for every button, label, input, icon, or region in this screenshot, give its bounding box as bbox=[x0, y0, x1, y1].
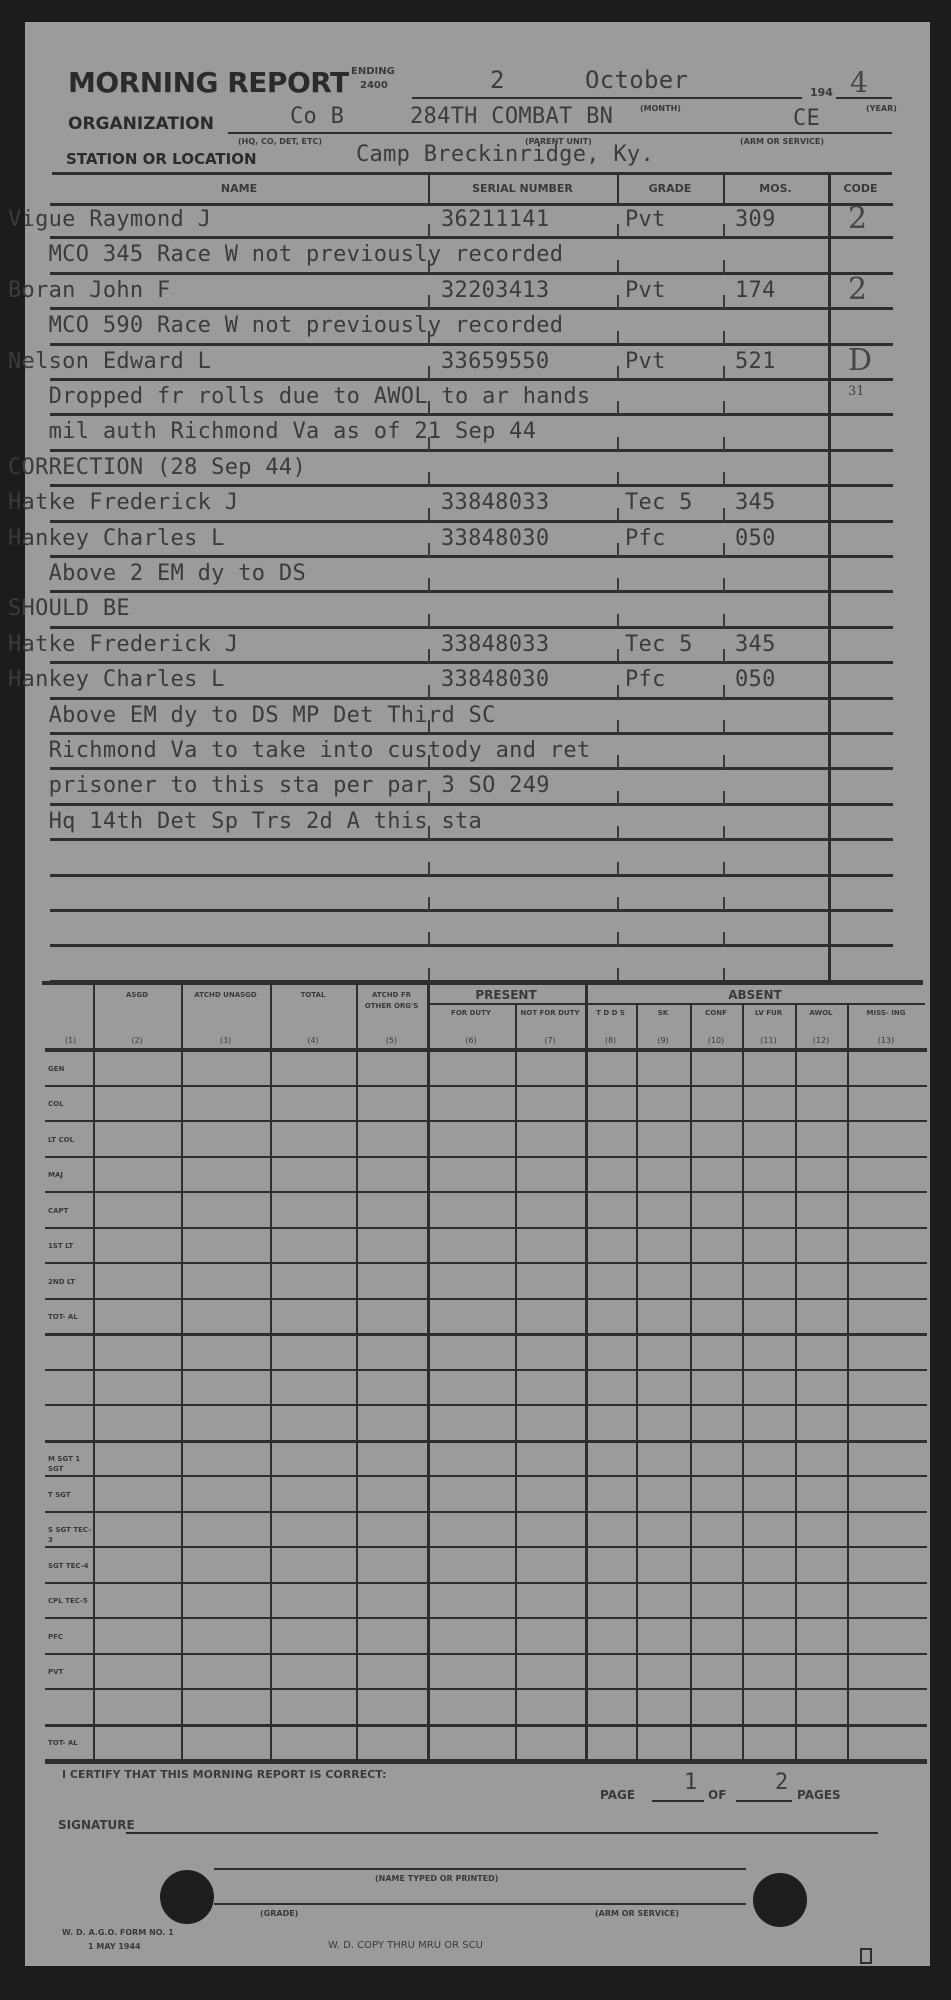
strength-cell[interactable] bbox=[272, 1655, 355, 1688]
cell-name: MCO 345 Race W not previously recorded bbox=[8, 242, 563, 267]
strength-cell[interactable] bbox=[638, 1477, 689, 1510]
strength-cell[interactable] bbox=[272, 1442, 355, 1475]
strength-cell[interactable] bbox=[638, 1371, 689, 1404]
column-number: (1) bbox=[48, 1036, 93, 1045]
strength-cell[interactable] bbox=[797, 1122, 846, 1155]
strength-cell[interactable] bbox=[744, 1264, 794, 1297]
strength-cell[interactable] bbox=[95, 1193, 180, 1226]
page-number: 1 bbox=[684, 1770, 698, 1795]
strength-cell[interactable] bbox=[183, 1406, 269, 1439]
arm-hint: (ARM OR SERVICE) bbox=[740, 137, 824, 146]
strength-cell[interactable] bbox=[744, 1300, 794, 1333]
strength-cell[interactable] bbox=[587, 1229, 635, 1262]
column-number: (6) bbox=[427, 1036, 515, 1045]
strength-cell[interactable] bbox=[692, 1264, 741, 1297]
column-label: MISS- ING bbox=[849, 1008, 923, 1019]
strength-cell[interactable] bbox=[272, 1264, 355, 1297]
strength-cell[interactable] bbox=[638, 1087, 689, 1120]
strength-cell[interactable] bbox=[638, 1300, 689, 1333]
strength-cell[interactable] bbox=[95, 1655, 180, 1688]
strength-cell[interactable] bbox=[692, 1726, 741, 1759]
strength-cell[interactable] bbox=[587, 1300, 635, 1333]
table-row: Hankey Charles L33848030Pfc050 bbox=[50, 522, 893, 557]
strength-cell[interactable] bbox=[429, 1655, 514, 1688]
strength-cell[interactable] bbox=[272, 1158, 355, 1191]
strength-bottom-line bbox=[45, 1760, 927, 1764]
strength-cell[interactable] bbox=[358, 1193, 426, 1226]
strength-cell[interactable] bbox=[429, 1087, 514, 1120]
strength-cell[interactable] bbox=[797, 1229, 846, 1262]
strength-cell[interactable] bbox=[517, 1229, 584, 1262]
cell-serial: 33848033 bbox=[441, 490, 549, 515]
station-label: STATION OR LOCATION bbox=[66, 150, 257, 168]
strength-cell[interactable] bbox=[797, 1513, 846, 1546]
strength-cell[interactable] bbox=[358, 1406, 426, 1439]
strength-cell[interactable] bbox=[272, 1051, 355, 1084]
strength-cell[interactable] bbox=[272, 1335, 355, 1368]
strength-cell[interactable] bbox=[849, 1619, 924, 1652]
strength-cell[interactable] bbox=[849, 1442, 924, 1475]
strength-cell[interactable] bbox=[744, 1584, 794, 1617]
strength-cell[interactable] bbox=[183, 1442, 269, 1475]
strength-cell[interactable] bbox=[358, 1300, 426, 1333]
column-header-grade: GRADE bbox=[610, 182, 730, 195]
year-hint: (YEAR) bbox=[866, 104, 897, 113]
strength-cell[interactable] bbox=[358, 1087, 426, 1120]
column-number: (9) bbox=[636, 1036, 690, 1045]
strength-cell[interactable] bbox=[95, 1264, 180, 1297]
strength-cell[interactable] bbox=[517, 1087, 584, 1120]
strength-row-label: T SGT bbox=[48, 1490, 92, 1500]
strength-cell[interactable] bbox=[429, 1477, 514, 1510]
page-total: 2 bbox=[775, 1770, 789, 1795]
strength-cell[interactable] bbox=[358, 1122, 426, 1155]
strength-cell[interactable] bbox=[183, 1193, 269, 1226]
strength-cell[interactable] bbox=[638, 1442, 689, 1475]
cell-name: Richmond Va to take into custody and ret bbox=[8, 738, 590, 763]
strength-row-label: 2ND LT bbox=[48, 1277, 92, 1287]
strength-cell[interactable] bbox=[744, 1335, 794, 1368]
strength-cell[interactable] bbox=[849, 1406, 924, 1439]
strength-cell[interactable] bbox=[358, 1264, 426, 1297]
strength-cell[interactable] bbox=[744, 1371, 794, 1404]
strength-cell[interactable] bbox=[638, 1655, 689, 1688]
strength-cell[interactable] bbox=[692, 1690, 741, 1723]
strength-cell[interactable] bbox=[429, 1584, 514, 1617]
strength-cell[interactable] bbox=[849, 1690, 924, 1723]
strength-cell[interactable] bbox=[95, 1442, 180, 1475]
strength-cell[interactable] bbox=[797, 1264, 846, 1297]
strength-cell[interactable] bbox=[95, 1158, 180, 1191]
strength-cell[interactable] bbox=[358, 1513, 426, 1546]
strength-cell[interactable] bbox=[95, 1584, 180, 1617]
strength-cell[interactable] bbox=[744, 1193, 794, 1226]
strength-cell[interactable] bbox=[692, 1442, 741, 1475]
strength-cell[interactable] bbox=[429, 1619, 514, 1652]
strength-cell[interactable] bbox=[517, 1193, 584, 1226]
column-number: (10) bbox=[690, 1036, 742, 1045]
strength-cell[interactable] bbox=[587, 1548, 635, 1581]
strength-cell[interactable] bbox=[517, 1051, 584, 1084]
strength-cell[interactable] bbox=[272, 1477, 355, 1510]
strength-cell[interactable] bbox=[272, 1122, 355, 1155]
strength-cell[interactable] bbox=[429, 1193, 514, 1226]
strength-cell[interactable] bbox=[95, 1619, 180, 1652]
strength-cell[interactable] bbox=[272, 1193, 355, 1226]
strength-cell[interactable] bbox=[183, 1087, 269, 1120]
cell-serial: 33848030 bbox=[441, 526, 549, 551]
strength-cell[interactable] bbox=[429, 1726, 514, 1759]
strength-cell[interactable] bbox=[272, 1726, 355, 1759]
strength-cell[interactable] bbox=[183, 1584, 269, 1617]
column-label: TOTAL bbox=[272, 990, 354, 1001]
strength-cell[interactable] bbox=[692, 1477, 741, 1510]
strength-cell[interactable] bbox=[587, 1335, 635, 1368]
header-col-divider bbox=[723, 173, 725, 203]
strength-cell[interactable] bbox=[849, 1477, 924, 1510]
strength-cell[interactable] bbox=[429, 1051, 514, 1084]
strength-cell[interactable] bbox=[797, 1442, 846, 1475]
strength-cell[interactable] bbox=[429, 1335, 514, 1368]
strength-cell[interactable] bbox=[797, 1193, 846, 1226]
table-row: CORRECTION (28 Sep 44) bbox=[50, 451, 893, 486]
cell-name: SHOULD BE bbox=[8, 596, 130, 621]
strength-cell[interactable] bbox=[183, 1158, 269, 1191]
strength-cell[interactable] bbox=[638, 1406, 689, 1439]
strength-cell[interactable] bbox=[692, 1193, 741, 1226]
strength-cell[interactable] bbox=[692, 1406, 741, 1439]
strength-cell[interactable] bbox=[517, 1442, 584, 1475]
strength-cell[interactable] bbox=[692, 1229, 741, 1262]
binder-hole-right bbox=[753, 1873, 807, 1927]
strength-cell[interactable] bbox=[272, 1619, 355, 1652]
signature-line[interactable] bbox=[126, 1832, 878, 1834]
strength-cell[interactable] bbox=[587, 1087, 635, 1120]
strength-cell[interactable] bbox=[429, 1513, 514, 1546]
strength-cell[interactable] bbox=[744, 1726, 794, 1759]
strength-cell[interactable] bbox=[638, 1584, 689, 1617]
strength-cell[interactable] bbox=[358, 1655, 426, 1688]
cell-serial: 33659550 bbox=[441, 349, 549, 374]
strength-cell[interactable] bbox=[587, 1477, 635, 1510]
strength-cell[interactable] bbox=[638, 1122, 689, 1155]
strength-cell[interactable] bbox=[429, 1158, 514, 1191]
strength-cell[interactable] bbox=[797, 1300, 846, 1333]
strength-cell[interactable] bbox=[517, 1371, 584, 1404]
strength-cell[interactable] bbox=[272, 1406, 355, 1439]
strength-cell[interactable] bbox=[692, 1655, 741, 1688]
strength-cell[interactable] bbox=[797, 1406, 846, 1439]
strength-cell[interactable] bbox=[797, 1051, 846, 1084]
table-row: Above EM dy to DS MP Det Third SC bbox=[50, 699, 893, 734]
cell-name: Vigue Raymond J bbox=[8, 207, 211, 232]
strength-cell[interactable] bbox=[638, 1229, 689, 1262]
strength-cell[interactable] bbox=[849, 1371, 924, 1404]
strength-cell[interactable] bbox=[517, 1548, 584, 1581]
strength-cell[interactable] bbox=[358, 1229, 426, 1262]
strength-cell[interactable] bbox=[429, 1442, 514, 1475]
strength-cell[interactable] bbox=[849, 1584, 924, 1617]
strength-cell[interactable] bbox=[183, 1619, 269, 1652]
strength-cell[interactable] bbox=[95, 1513, 180, 1546]
strength-cell[interactable] bbox=[95, 1371, 180, 1404]
cell-mos: 309 bbox=[735, 207, 776, 232]
strength-cell[interactable] bbox=[692, 1584, 741, 1617]
strength-cell[interactable] bbox=[183, 1655, 269, 1688]
ending-label: ENDING bbox=[351, 66, 395, 77]
strength-cell[interactable] bbox=[587, 1158, 635, 1191]
strength-cell[interactable] bbox=[183, 1300, 269, 1333]
strength-cell[interactable] bbox=[638, 1513, 689, 1546]
strength-cell[interactable] bbox=[638, 1619, 689, 1652]
strength-cell[interactable] bbox=[517, 1477, 584, 1510]
strength-cell[interactable] bbox=[692, 1087, 741, 1120]
strength-cell[interactable] bbox=[744, 1229, 794, 1262]
column-number: (4) bbox=[270, 1036, 356, 1045]
hq-hint: (HQ, CO, DET, ETC) bbox=[238, 137, 322, 146]
cell-serial: 32203413 bbox=[441, 278, 549, 303]
strength-cell[interactable] bbox=[744, 1690, 794, 1723]
strength-cell[interactable] bbox=[183, 1051, 269, 1084]
strength-cell[interactable] bbox=[797, 1655, 846, 1688]
strength-row-label: M SGT 1 SGT bbox=[48, 1454, 92, 1474]
strength-cell[interactable] bbox=[849, 1548, 924, 1581]
strength-cell[interactable] bbox=[183, 1264, 269, 1297]
strength-cell[interactable] bbox=[517, 1300, 584, 1333]
strength-cell[interactable] bbox=[272, 1087, 355, 1120]
strength-cell[interactable] bbox=[587, 1051, 635, 1084]
strength-cell[interactable] bbox=[95, 1229, 180, 1262]
strength-cell[interactable] bbox=[744, 1477, 794, 1510]
strength-cell[interactable] bbox=[587, 1513, 635, 1546]
strength-cell[interactable] bbox=[517, 1655, 584, 1688]
strength-cell[interactable] bbox=[358, 1477, 426, 1510]
strength-cell[interactable] bbox=[429, 1371, 514, 1404]
strength-cell[interactable] bbox=[587, 1122, 635, 1155]
strength-cell[interactable] bbox=[272, 1371, 355, 1404]
strength-cell[interactable] bbox=[797, 1087, 846, 1120]
strength-cell[interactable] bbox=[744, 1655, 794, 1688]
strength-cell[interactable] bbox=[797, 1335, 846, 1368]
strength-cell[interactable] bbox=[517, 1264, 584, 1297]
strength-cell[interactable] bbox=[638, 1158, 689, 1191]
strength-cell[interactable] bbox=[183, 1513, 269, 1546]
strength-cell[interactable] bbox=[272, 1584, 355, 1617]
strength-cell[interactable] bbox=[429, 1264, 514, 1297]
strength-cell[interactable] bbox=[849, 1513, 924, 1546]
strength-cell[interactable] bbox=[429, 1406, 514, 1439]
column-label: ATCHD FR OTHER ORG'S bbox=[358, 990, 425, 1012]
strength-cell[interactable] bbox=[692, 1619, 741, 1652]
strength-cell[interactable] bbox=[638, 1726, 689, 1759]
strength-cell[interactable] bbox=[744, 1548, 794, 1581]
strength-cell[interactable] bbox=[183, 1371, 269, 1404]
strength-cell[interactable] bbox=[587, 1655, 635, 1688]
strength-cell[interactable] bbox=[95, 1477, 180, 1510]
strength-cell[interactable] bbox=[692, 1548, 741, 1581]
strength-cell[interactable] bbox=[797, 1371, 846, 1404]
strength-cell[interactable] bbox=[517, 1335, 584, 1368]
table-row: Vigue Raymond J36211141Pvt3092 bbox=[50, 203, 893, 238]
strength-cell[interactable] bbox=[744, 1087, 794, 1120]
strength-cell[interactable] bbox=[849, 1122, 924, 1155]
strength-cell[interactable] bbox=[272, 1548, 355, 1581]
strength-cell[interactable] bbox=[95, 1122, 180, 1155]
binder-hole-left bbox=[160, 1870, 214, 1924]
strength-cell[interactable] bbox=[95, 1548, 180, 1581]
strength-cell[interactable] bbox=[587, 1193, 635, 1226]
strength-cell[interactable] bbox=[692, 1513, 741, 1546]
strength-cell[interactable] bbox=[358, 1335, 426, 1368]
strength-cell[interactable] bbox=[517, 1406, 584, 1439]
strength-cell[interactable] bbox=[587, 1442, 635, 1475]
strength-cell[interactable] bbox=[744, 1158, 794, 1191]
strength-cell[interactable] bbox=[517, 1726, 584, 1759]
strength-cell[interactable] bbox=[692, 1300, 741, 1333]
strength-cell[interactable] bbox=[272, 1229, 355, 1262]
strength-cell[interactable] bbox=[744, 1619, 794, 1652]
strength-cell[interactable] bbox=[638, 1690, 689, 1723]
strength-cell[interactable] bbox=[358, 1690, 426, 1723]
strength-cell[interactable] bbox=[429, 1548, 514, 1581]
strength-cell[interactable] bbox=[849, 1051, 924, 1084]
strength-cell[interactable] bbox=[849, 1193, 924, 1226]
strength-cell[interactable] bbox=[797, 1158, 846, 1191]
strength-cell[interactable] bbox=[692, 1122, 741, 1155]
strength-cell[interactable] bbox=[517, 1158, 584, 1191]
strength-cell[interactable] bbox=[692, 1158, 741, 1191]
strength-cell[interactable] bbox=[272, 1690, 355, 1723]
strength-cell[interactable] bbox=[358, 1584, 426, 1617]
strength-cell[interactable] bbox=[95, 1335, 180, 1368]
strength-cell[interactable] bbox=[358, 1158, 426, 1191]
organization-label: ORGANIZATION bbox=[68, 114, 214, 134]
strength-cell[interactable] bbox=[429, 1300, 514, 1333]
strength-cell[interactable] bbox=[429, 1122, 514, 1155]
strength-cell[interactable] bbox=[95, 1087, 180, 1120]
strength-cell[interactable] bbox=[849, 1300, 924, 1333]
strength-cell[interactable] bbox=[183, 1548, 269, 1581]
strength-cell[interactable] bbox=[429, 1229, 514, 1262]
strength-cell[interactable] bbox=[797, 1584, 846, 1617]
strength-cell[interactable] bbox=[183, 1690, 269, 1723]
strength-cell[interactable] bbox=[587, 1406, 635, 1439]
strength-cell[interactable] bbox=[849, 1087, 924, 1120]
cell-grade: Pvt bbox=[625, 349, 666, 374]
strength-cell[interactable] bbox=[183, 1335, 269, 1368]
strength-cell[interactable] bbox=[358, 1371, 426, 1404]
strength-cell[interactable] bbox=[95, 1300, 180, 1333]
strength-cell[interactable] bbox=[849, 1229, 924, 1262]
strength-cell[interactable] bbox=[692, 1335, 741, 1368]
strength-cell[interactable] bbox=[183, 1477, 269, 1510]
cell-mos: 345 bbox=[735, 632, 776, 657]
strength-cell[interactable] bbox=[183, 1122, 269, 1155]
name-line[interactable] bbox=[214, 1868, 746, 1870]
strength-cell[interactable] bbox=[587, 1619, 635, 1652]
strength-cell[interactable] bbox=[744, 1122, 794, 1155]
strength-cell[interactable] bbox=[744, 1406, 794, 1439]
strength-cell[interactable] bbox=[744, 1442, 794, 1475]
strength-cell[interactable] bbox=[744, 1051, 794, 1084]
strength-cell[interactable] bbox=[517, 1122, 584, 1155]
strength-cell[interactable] bbox=[587, 1584, 635, 1617]
strength-cell[interactable] bbox=[849, 1158, 924, 1191]
strength-cell[interactable] bbox=[272, 1300, 355, 1333]
strength-cell[interactable] bbox=[849, 1726, 924, 1759]
strength-row-label: GEN bbox=[48, 1064, 92, 1074]
strength-cell[interactable] bbox=[358, 1442, 426, 1475]
column-header-code: CODE bbox=[801, 182, 921, 195]
column-number: (13) bbox=[847, 1036, 925, 1045]
grade-arm-line[interactable] bbox=[214, 1903, 746, 1905]
ending-time: 2400 bbox=[360, 80, 388, 91]
strength-cell[interactable] bbox=[797, 1726, 846, 1759]
strength-cell[interactable] bbox=[849, 1655, 924, 1688]
cell-name: MCO 590 Race W not previously recorded bbox=[8, 313, 563, 338]
strength-cell[interactable] bbox=[587, 1726, 635, 1759]
strength-cell[interactable] bbox=[797, 1690, 846, 1723]
strength-cell[interactable] bbox=[587, 1264, 635, 1297]
column-label: NOT FOR DUTY bbox=[517, 1008, 583, 1019]
strength-cell[interactable] bbox=[358, 1051, 426, 1084]
column-number: (8) bbox=[585, 1036, 636, 1045]
strength-cell[interactable] bbox=[358, 1619, 426, 1652]
cell-grade: Tec 5 bbox=[625, 490, 693, 515]
strength-cell[interactable] bbox=[272, 1513, 355, 1546]
strength-cell[interactable] bbox=[587, 1690, 635, 1723]
grade-hint: (GRADE) bbox=[260, 1909, 298, 1918]
strength-cell[interactable] bbox=[95, 1726, 180, 1759]
strength-cell[interactable] bbox=[358, 1726, 426, 1759]
cell-grade: Tec 5 bbox=[625, 632, 693, 657]
strength-cell[interactable] bbox=[429, 1690, 514, 1723]
strength-cell[interactable] bbox=[744, 1513, 794, 1546]
table-row: Hankey Charles L33848030Pfc050 bbox=[50, 663, 893, 698]
strength-cell[interactable] bbox=[797, 1548, 846, 1581]
column-number: (3) bbox=[181, 1036, 270, 1045]
strength-cell[interactable] bbox=[797, 1619, 846, 1652]
cell-name: Hatke Frederick J bbox=[8, 490, 238, 515]
strength-cell[interactable] bbox=[797, 1477, 846, 1510]
strength-cell[interactable] bbox=[517, 1513, 584, 1546]
strength-cell[interactable] bbox=[638, 1335, 689, 1368]
strength-cell[interactable] bbox=[517, 1584, 584, 1617]
strength-cell[interactable] bbox=[849, 1335, 924, 1368]
strength-cell[interactable] bbox=[517, 1690, 584, 1723]
strength-cell[interactable] bbox=[692, 1051, 741, 1084]
strength-row-label: MAJ bbox=[48, 1170, 92, 1180]
strength-cell[interactable] bbox=[95, 1051, 180, 1084]
form-number: W. D. A.G.O. FORM NO. 1 bbox=[62, 1928, 174, 1937]
strength-cell[interactable] bbox=[183, 1726, 269, 1759]
table-row: Hatke Frederick J33848033Tec 5345 bbox=[50, 486, 893, 521]
strength-cell[interactable] bbox=[638, 1051, 689, 1084]
strength-cell[interactable] bbox=[638, 1264, 689, 1297]
strength-cell[interactable] bbox=[95, 1406, 180, 1439]
strength-cell[interactable] bbox=[358, 1548, 426, 1581]
header-col-divider bbox=[617, 173, 619, 203]
strength-cell[interactable] bbox=[638, 1548, 689, 1581]
strength-cell[interactable] bbox=[692, 1371, 741, 1404]
strength-cell[interactable] bbox=[517, 1619, 584, 1652]
strength-cell[interactable] bbox=[638, 1193, 689, 1226]
strength-cell[interactable] bbox=[95, 1690, 180, 1723]
strength-cell[interactable] bbox=[183, 1229, 269, 1262]
strength-cell[interactable] bbox=[587, 1371, 635, 1404]
cell-name: Above 2 EM dy to DS bbox=[8, 561, 306, 586]
strength-cell[interactable] bbox=[849, 1264, 924, 1297]
